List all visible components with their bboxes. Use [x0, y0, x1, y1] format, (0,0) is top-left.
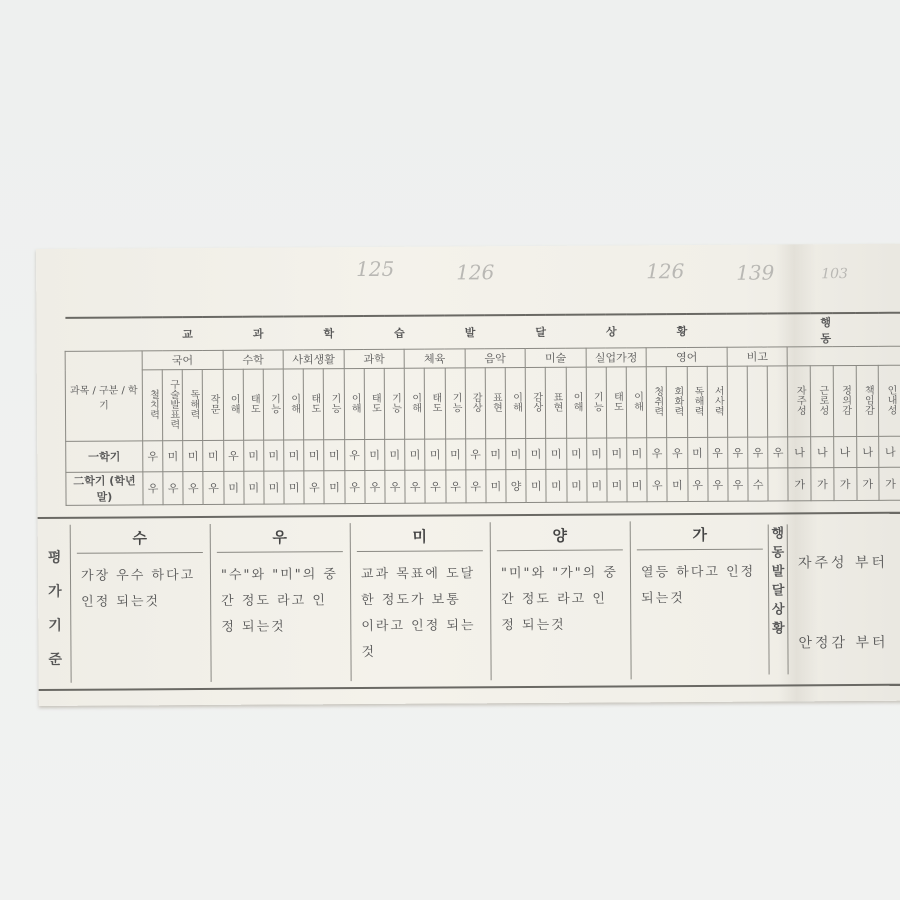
grade-cell: 우 [365, 470, 385, 503]
grade-cell: 우 [163, 472, 183, 505]
category-header: 감상 [525, 367, 546, 438]
evaluation-criteria: 평가기준 수가장 우수 하다고 인정 되는것우"수"와 "미"의 중간 정도 라… [38, 512, 900, 691]
grade-cell: 미 [445, 439, 465, 470]
subject-header: 수학 [223, 350, 284, 369]
grade-cell: 미 [546, 438, 566, 469]
category-header: 태도 [243, 369, 264, 440]
term-label: 一학기 [66, 441, 143, 472]
grade-cell: 우 [768, 437, 788, 468]
grade-cell: 미 [163, 441, 183, 472]
category-header: 이해 [626, 367, 647, 438]
behavior-grade-cell: 나 [834, 436, 857, 467]
grade-cell: 미 [627, 438, 647, 469]
grade-cell: 우 [687, 468, 707, 501]
category-header: 기능 [586, 367, 607, 438]
criteria-grade: 우 [217, 523, 343, 553]
behavior-grade-cell: 나 [879, 436, 900, 467]
criteria-column: 미교과 목표에 도달한 정도가 보통 이라고 인정 되는것 [350, 522, 490, 681]
category-header: 태도 [425, 368, 446, 439]
category-header: 청취력 [646, 367, 667, 438]
grade-cell: 미 [546, 469, 566, 502]
grade-cell: 우 [445, 470, 465, 503]
subject-header: 음악 [465, 349, 526, 368]
category-header: 이해 [223, 369, 244, 440]
grade-cell: 우 [183, 471, 203, 504]
category-header: 서사력 [707, 366, 728, 437]
grade-cell: 미 [324, 440, 344, 471]
grade-cell: 미 [183, 440, 203, 471]
grade-cell: 미 [385, 439, 405, 470]
behavior-grade-cell: 나 [788, 437, 811, 468]
corner-cell: 과목 / 구분 / 학기 [65, 351, 142, 441]
criteria-column: 양"미"와 "가"의 중간 정도 라고 인정 되는것 [490, 521, 630, 680]
criteria-column: 수가장 우수 하다고 인정 되는것 [70, 524, 210, 683]
grade-cell: 미 [405, 439, 425, 470]
criteria-grade: 수 [77, 524, 203, 554]
behavior-column-header: 정의감 [833, 365, 856, 436]
grade-cell: 미 [526, 438, 546, 469]
pencil-note: 126 [456, 260, 494, 284]
grade-cell: 미 [203, 440, 223, 471]
criteria-label: 평가기준 [48, 541, 65, 677]
behavior-grade-cell: 가 [879, 467, 900, 500]
grade-cell: 미 [243, 440, 263, 471]
category-header: 철치력 [142, 370, 163, 441]
academic-progress-table: 교과학습발달상황행동과목 / 구분 / 학기국어수학사회생활과학체육음악미술실업… [64, 312, 900, 506]
grade-cell: 우 [748, 437, 768, 468]
grade-cell: 미 [607, 438, 627, 469]
category-header: 태도 [606, 367, 627, 438]
title-row: 교과학습발달상황행동 [65, 313, 900, 352]
grade-cell: 미 [506, 439, 526, 470]
grade-row: 二학기 (학년말)우우우우미미미미우미우우우우우우우미양미미미미미미우미우우우수… [66, 467, 900, 505]
behavior-development-label: 행동발달상황 [768, 524, 789, 674]
grade-cell: 미 [526, 469, 546, 502]
category-header: 표현 [485, 368, 506, 439]
grade-cell: 미 [364, 439, 384, 470]
category-header: 태도 [364, 368, 385, 439]
subject-header: 실업가정 [586, 348, 647, 367]
behavior-column-header: 근로성 [810, 366, 833, 437]
grade-cell: 우 [385, 470, 405, 503]
behavior-header [788, 346, 900, 366]
category-header: 회화력 [667, 367, 688, 438]
subject-header: 과학 [344, 349, 405, 368]
grade-cell: 우 [345, 470, 365, 503]
grade-cell: 우 [425, 470, 445, 503]
grade-cell: 미 [223, 471, 243, 504]
grade-cell: 양 [506, 470, 526, 503]
category-header: 태도 [304, 369, 325, 440]
behavior-grade-cell: 가 [856, 467, 879, 500]
criteria-description: 교과 목표에 도달한 정도가 보통 이라고 인정 되는것 [351, 551, 490, 666]
criteria-column: 가열등 하다고 인정 되는것 [630, 521, 770, 680]
grade-cell: 미 [607, 469, 627, 502]
criteria-grade: 양 [497, 521, 623, 551]
criteria-description: "미"와 "가"의 중간 정도 라고 인정 되는것 [491, 550, 630, 639]
category-header: 이해 [283, 369, 304, 440]
grade-cell: 우 [728, 437, 748, 468]
subject-header: 영어 [646, 347, 727, 366]
behavior-grade-cell: 나 [811, 437, 834, 468]
grade-row: 一학기우미미미우미미미미미우미미미미미우미미미미미미미미우우미우우우우나나나나나… [66, 436, 900, 472]
grade-cell: 수 [748, 468, 768, 501]
subject-header: 미술 [525, 348, 586, 367]
grade-cell: 미 [486, 439, 506, 470]
category-header: 이해 [566, 367, 587, 438]
behavior-line: 자주성 부터 [798, 552, 888, 573]
subject-header: 비고 [727, 347, 788, 366]
category-header: 표현 [546, 367, 567, 438]
grade-cell: 미 [687, 437, 707, 468]
grade-cell: 우 [223, 440, 243, 471]
grade-cell: 미 [244, 471, 264, 504]
criteria-grade: 미 [357, 522, 483, 552]
section-title: 교과학습발달상황 [142, 313, 788, 350]
grade-cell: 미 [566, 469, 586, 502]
behavior-grade-cell: 가 [834, 467, 857, 500]
grade-cell: 미 [586, 438, 606, 469]
category-header: 구술발표력 [162, 370, 183, 441]
behavior-grade-cell: 나 [856, 436, 879, 467]
category-header: 이해 [344, 368, 365, 439]
grade-cell: 미 [566, 438, 586, 469]
category-header: 이해 [404, 368, 425, 439]
behavior-title: 행동 [787, 313, 900, 347]
category-header: 독해력 [687, 366, 708, 437]
criteria-grade: 가 [637, 521, 763, 551]
behavior-line: 안정감 부터 [798, 632, 888, 653]
grade-cell: 우 [465, 439, 485, 470]
grade-cell: 우 [708, 468, 728, 501]
grade-cell: 우 [203, 471, 223, 504]
grade-cell: 미 [304, 440, 324, 471]
category-header [747, 366, 768, 437]
grade-cell: 미 [264, 440, 284, 471]
grade-cell: 우 [466, 470, 486, 503]
grade-cell: 우 [707, 437, 727, 468]
grade-cell: 미 [264, 471, 284, 504]
pencil-note: 125 [356, 257, 394, 281]
criteria-description: "수"와 "미"의 중간 정도 라고 인정 되는것 [211, 552, 350, 641]
category-header: 기능 [445, 368, 466, 439]
grade-cell: 우 [143, 472, 163, 505]
category-header: 작문 [203, 369, 224, 440]
grade-cell: 미 [324, 471, 344, 504]
behavior-grade-cell: 가 [811, 468, 834, 501]
subject-header: 사회생활 [283, 350, 344, 369]
category-header: 독해력 [183, 369, 204, 440]
category-header: 기능 [263, 369, 284, 440]
pencil-note: 103 [821, 266, 848, 282]
term-label: 二학기 (학년말) [66, 472, 143, 505]
pencil-note: 139 [736, 260, 774, 284]
grade-cell: 미 [667, 469, 687, 502]
behavior-column-header: 인내성 [878, 365, 900, 436]
behavior-column-header: 자주성 [788, 366, 811, 437]
pencil-note: 126 [646, 259, 684, 283]
category-header: 기능 [324, 369, 345, 440]
criteria-column: 우"수"와 "미"의 중간 정도 라고 인정 되는것 [210, 523, 350, 682]
behavior-grade-cell: 가 [788, 468, 811, 501]
grade-cell [768, 468, 788, 501]
grade-cell: 우 [728, 468, 748, 501]
grade-cell: 미 [425, 439, 445, 470]
grade-cell: 미 [284, 471, 304, 504]
subject-header: 국어 [142, 350, 223, 369]
grade-cell: 우 [667, 438, 687, 469]
category-header: 감상 [465, 368, 486, 439]
category-header [767, 366, 788, 437]
category-header: 기능 [384, 368, 405, 439]
grade-cell: 미 [627, 469, 647, 502]
criteria-description: 가장 우수 하다고 인정 되는것 [71, 553, 209, 616]
category-header: 이해 [505, 368, 526, 439]
grade-cell: 우 [647, 438, 667, 469]
criteria-description: 열등 하다고 인정 되는것 [631, 550, 769, 613]
grade-cell: 우 [344, 439, 364, 470]
grade-cell: 우 [143, 441, 163, 472]
report-card-paper: 125 126 126 139 103 교과학습발달상황행동과목 / 구분 / … [36, 244, 900, 706]
behavior-column-header: 책임감 [856, 365, 879, 436]
grade-cell: 미 [587, 469, 607, 502]
grade-cell: 우 [647, 469, 667, 502]
grade-cell: 우 [304, 471, 324, 504]
grade-cell: 미 [486, 470, 506, 503]
grade-cell: 미 [284, 440, 304, 471]
grade-cell: 우 [405, 470, 425, 503]
category-header [727, 366, 748, 437]
category-row: 철치력구술발표력독해력작문이해태도기능이해태도기능이해태도기능이해태도기능감상표… [65, 365, 900, 441]
subject-header: 체육 [404, 349, 465, 368]
